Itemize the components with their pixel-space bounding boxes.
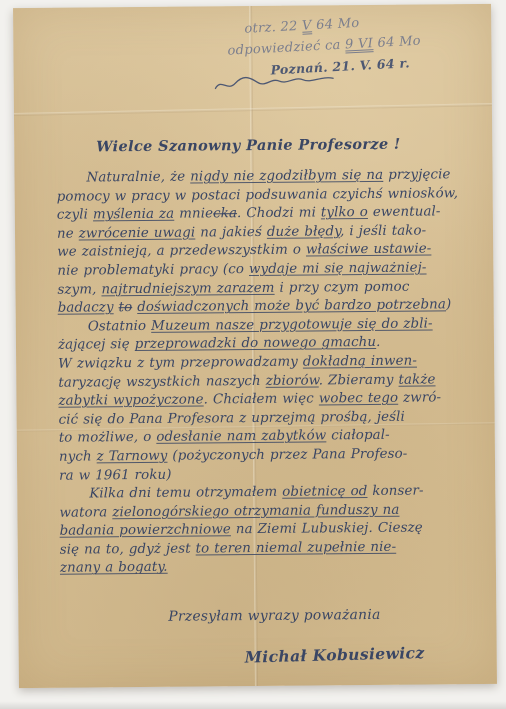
text-segment: zbiorów — [266, 373, 319, 388]
text-segment: obietnicę od — [282, 484, 367, 500]
text-segment: zwró- — [398, 391, 441, 406]
text-segment: na Ziemi Lubuskiej. Cieszę — [231, 521, 423, 538]
letter-line: badania powierzchniowe na Ziemi Lubuskie… — [60, 519, 470, 541]
text-segment: badania powierzchniowe — [60, 522, 231, 538]
text-segment: otrz. 22 — [244, 19, 302, 37]
flourish-squiggle-icon — [211, 66, 342, 95]
text-segment: właściwe ustawie- — [306, 242, 432, 258]
text-segment: konser- — [367, 484, 423, 499]
text-segment: nigdy nie zgodziłbym się na — [190, 168, 383, 185]
text-segment: przeprowadzki do nowego gmachu — [135, 335, 376, 352]
text-segment: ewentual- — [368, 205, 441, 221]
text-segment: doświadczonych może być bardzo potrzebna — [137, 297, 446, 315]
horizontal-fold-crease-top — [14, 103, 492, 116]
text-segment: wydaje mi się najważniej- — [249, 260, 427, 277]
letter-line: znany a bogaty. — [60, 557, 470, 579]
text-segment: W związku z tym przeprowadzamy — [58, 355, 303, 372]
text-segment: taryzację wszystkich naszych — [58, 373, 265, 390]
text-segment: nych — [59, 449, 97, 464]
text-segment: myślenia za — [93, 207, 174, 223]
text-segment: badaczy — [58, 300, 114, 315]
letter-line: Kilka dni temu otrzymałem obietnicę od k… — [59, 482, 469, 504]
text-segment: najtrudniejszym zarazem — [101, 280, 274, 297]
text-segment: zabytki wypożyczone — [58, 393, 203, 409]
letter-line: zabytki wypożyczone. Chciałem więc wobec… — [58, 389, 468, 411]
text-segment: zielonogórskiego otrzymania funduszy na — [112, 502, 399, 520]
text-segment: 9 VI — [345, 36, 374, 52]
text-segment: 64 Mo — [311, 16, 359, 33]
text-segment: duże błędy — [267, 224, 340, 240]
text-segment: ) — [446, 297, 451, 312]
text-segment: . Zbieramy — [319, 372, 399, 388]
text-segment: także — [398, 372, 435, 387]
text-segment: to — [119, 300, 133, 315]
text-segment: ciałopal- — [326, 428, 390, 444]
text-segment: nie problematyki pracy (co — [57, 262, 249, 279]
text-segment: mnie — [174, 207, 213, 222]
text-segment: przyjęcie — [383, 167, 450, 183]
text-segment: tylko o — [321, 205, 368, 220]
text-segment: watora — [59, 505, 112, 520]
signature: Michał Kobusiewicz — [244, 643, 424, 667]
text-segment: na jakieś — [195, 225, 267, 241]
text-segment: się na to, gdyż jest — [60, 541, 196, 557]
text-segment: żającej się — [58, 337, 135, 353]
text-segment: , i jeśli tako- — [340, 223, 426, 239]
text-segment: pomocy w pracy w postaci podsuwania czyi… — [57, 186, 459, 205]
text-segment: dokładną inwen- — [303, 354, 417, 370]
text-segment: . Chciałem więc — [204, 392, 319, 408]
text-segment: zwrócenie uwagi — [79, 225, 196, 241]
text-segment: Naturalnie, że — [86, 170, 190, 186]
text-segment: odesłanie nam zabytków — [156, 429, 326, 445]
text-segment: cka — [213, 206, 237, 221]
text-segment: z Tarnowy — [97, 449, 168, 465]
text-segment: i przy czym pomoc — [275, 279, 410, 295]
text-segment: to teren niemal zupełnie nie- — [196, 540, 397, 557]
text-segment: ne — [57, 226, 79, 241]
letter-paper: otrz. 22 V 64 Mo odpowiedzieć ca 9 VI 64… — [13, 4, 497, 688]
letter-body: Naturalnie, że nigdy nie zgodziłbym się … — [56, 166, 470, 579]
top-right-annotations: otrz. 22 V 64 Mo odpowiedzieć ca 9 VI 64… — [212, 6, 495, 84]
text-segment: Ostatnio — [88, 319, 151, 335]
closing-line: Przesyłam wyrazy poważania — [168, 607, 380, 625]
text-segment: Muzeum nasze przygotowuje się do zbli- — [151, 316, 433, 333]
text-segment: to możliwe, o — [59, 430, 157, 446]
text-segment: wobec tego — [319, 391, 398, 407]
text-segment: (pożyczonych przez Pana Profeso- — [167, 447, 407, 464]
text-segment: czyli — [57, 208, 93, 223]
text-segment: cić się do Pana Profesora z uprzejmą pro… — [59, 409, 405, 427]
scanned-letter-photo: otrz. 22 V 64 Mo odpowiedzieć ca 9 VI 64… — [0, 0, 506, 709]
text-segment: . Chodzi mi — [237, 206, 321, 222]
text-segment: 64 Mo — [373, 34, 421, 51]
text-segment: ra w 1961 roku) — [59, 467, 172, 483]
text-segment: . — [376, 335, 380, 350]
text-segment: Kilka dni temu otrzymałem — [89, 485, 282, 502]
salutation: Wielce Szanowny Panie Profesorze ! — [96, 136, 400, 156]
text-segment: we zaistnieją, a przedewszystkim o — [57, 243, 306, 260]
text-segment: szym, — [57, 282, 101, 297]
text-segment: znany a bogaty. — [60, 560, 168, 576]
